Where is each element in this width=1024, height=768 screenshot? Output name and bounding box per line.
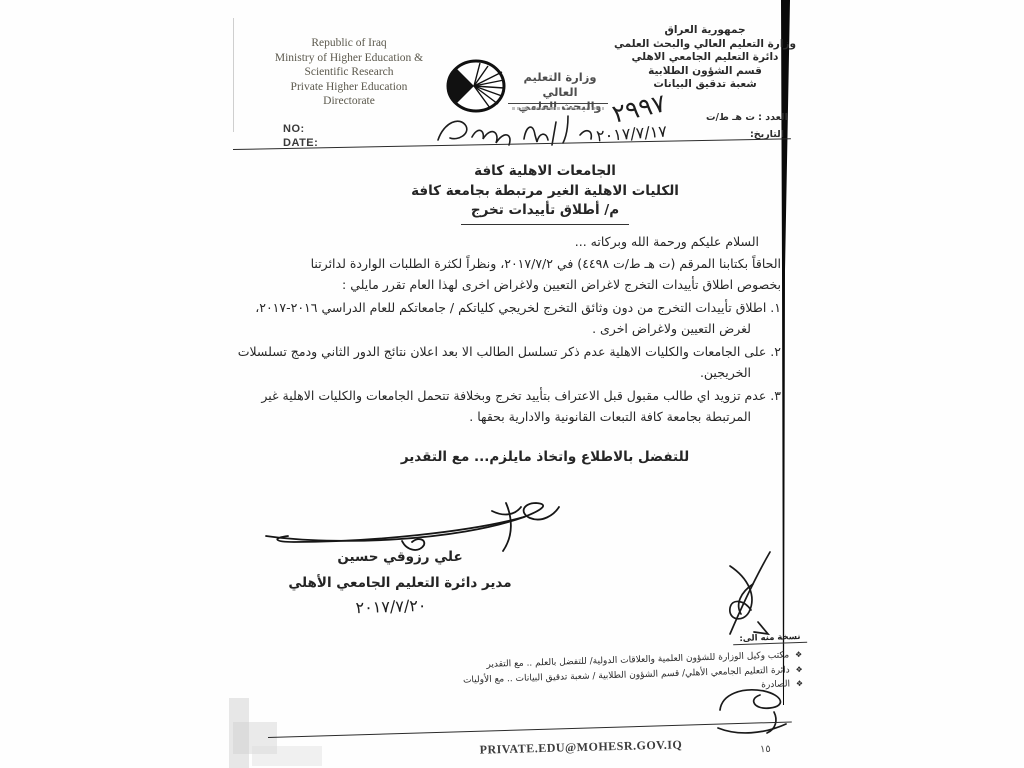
handwritten-signature-date: ٢٠١٧/٧/٢٠ <box>306 594 477 619</box>
emblem-wordmark-line: وزارة التعليم العالي <box>508 70 612 99</box>
diamond-bullet-icon: ❖ <box>795 650 802 659</box>
routing-scribble <box>700 548 796 640</box>
diamond-bullet-icon: ❖ <box>795 664 802 673</box>
letterhead-arabic-line: قسم الشؤون الطلابية <box>598 65 812 79</box>
item-text: على الجامعات والكليات الاهلية عدم ذكر تس… <box>238 344 767 381</box>
greeting-line: السلام عليكم ورحمة الله وبركاته ... <box>236 231 781 253</box>
letterhead-english: Republic of Iraq Ministry of Higher Educ… <box>256 36 442 109</box>
item-text: عدم تزويد اي طالب مقبول قبل الاعتراف بتأ… <box>261 388 766 425</box>
item-number: ١. <box>770 300 781 315</box>
scan-left-edge-artifact <box>233 18 234 132</box>
signature-scribble <box>252 500 564 554</box>
letterhead-english-line: Directorate <box>256 94 442 109</box>
directive-item-1: ١. اطلاق تأييدات التخرج من دون وثائق الت… <box>236 297 781 340</box>
letterhead-arabic-line: دائرة التعليم الجامعي الاهلي <box>598 51 812 65</box>
addressee-line-1: الجامعات الاهلية كافة <box>392 162 698 182</box>
intro-line-2: بخصوص اطلاق تأييدات التخرج لاغراض التعيي… <box>236 274 781 296</box>
scanned-letter-page: Republic of Iraq Ministry of Higher Educ… <box>0 0 1024 768</box>
letterhead-english-line: Scientific Research <box>256 65 442 80</box>
cc-label: نسخة منه الى: <box>733 632 807 646</box>
received-scribble <box>712 682 808 748</box>
letterhead-arabic-line: جمهورية العراق <box>598 24 812 38</box>
directive-item-3: ٣. عدم تزويد اي طالب مقبول قبل الاعتراف … <box>236 385 781 428</box>
emblem-divider <box>508 103 608 104</box>
subject-line: م/ أطلاق تأييدات تخرج <box>461 201 629 225</box>
ref-number-label-arabic: العدد : ت هـ ط/ت <box>706 112 802 123</box>
item-number: ٢. <box>770 344 781 359</box>
letterhead-english-line: Republic of Iraq <box>256 36 442 51</box>
item-number: ٣. <box>770 388 781 403</box>
directive-list: ١. اطلاق تأييدات التخرج من دون وثائق الت… <box>236 297 781 428</box>
letterhead-arabic: جمهورية العراق وزارة التعليم العالي والب… <box>598 24 812 92</box>
ministry-emblem-icon <box>444 58 508 116</box>
signatory-title: مدير دائرة التعليم الجامعي الأهلي <box>282 575 518 591</box>
intro-line-1: الحاقاً بكتابنا المرقم (ت هـ ط/ت ٤٤٩٨) ف… <box>236 253 781 275</box>
addressee-line-2: الكليات الاهلية الغير مرتبطة بجامعة كافة <box>392 182 698 202</box>
letterhead-arabic-line: شعبة تدقيق البيانات <box>598 78 812 92</box>
addressee-block: الجامعات الاهلية كافة الكليات الاهلية ال… <box>392 162 698 225</box>
ref-no-label: NO: <box>283 123 305 135</box>
letterhead-english-line: Private Higher Education <box>256 80 442 95</box>
scan-noise <box>252 746 322 766</box>
letterhead-english-line: Ministry of Higher Education & <box>256 51 442 66</box>
directive-item-2: ٢. على الجامعات والكليات الاهلية عدم ذكر… <box>236 341 781 384</box>
handwritten-page-note: ١٥ <box>760 744 771 756</box>
item-text: اطلاق تأييدات التخرج من دون وثائق التخرج… <box>255 300 766 337</box>
letterhead-arabic-line: وزارة التعليم العالي والبحث العلمي <box>598 38 812 52</box>
closing-line: للتفضل بالاطلاع واتخاذ مايلزم... مع التق… <box>392 449 698 465</box>
signatory-name: علي رزوقي حسين <box>318 549 482 565</box>
footer-email: PRIVATE.EDU@MOHESR.GOV.IQ <box>438 736 724 758</box>
letter-body: السلام عليكم ورحمة الله وبركاته ... الحا… <box>236 231 781 428</box>
